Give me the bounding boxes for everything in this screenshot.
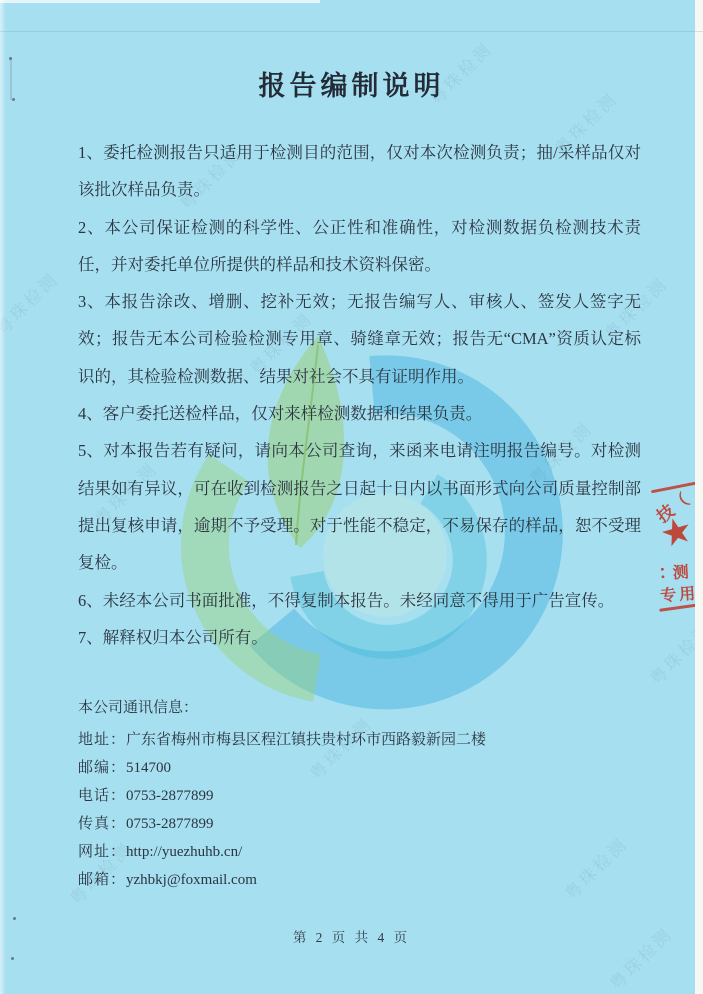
contact-phone-value: 0753-2877899 bbox=[126, 788, 214, 804]
staple-mark bbox=[10, 58, 12, 100]
contact-fax: 传真：0753-2877899 bbox=[78, 810, 641, 838]
instructions-list: 1、委托检测报告只适用于检测目的范围，仅对本次检测负责；抽/采样品仅对该批次样品… bbox=[78, 134, 641, 656]
paper-crease bbox=[0, 31, 703, 32]
contact-website-label: 网址： bbox=[78, 844, 126, 860]
contact-fax-label: 传真： bbox=[78, 816, 126, 832]
staple-dot bbox=[9, 57, 12, 60]
instruction-item-2: 2、本公司保证检测的科学性、公正性和准确性，对检测数据负检测技术责任，并对委托单… bbox=[78, 209, 641, 284]
page-title: 报告编制说明 bbox=[0, 64, 703, 103]
contact-address-value: 广东省梅州市梅县区程江镇扶贵村环市西路毅新园二楼 bbox=[126, 732, 486, 748]
contact-phone: 电话：0753-2877899 bbox=[78, 782, 641, 810]
scan-edge-right bbox=[695, 0, 703, 994]
contact-address-label: 地址： bbox=[78, 732, 126, 748]
contact-email: 邮箱：yzhbkj@foxmail.com bbox=[78, 866, 641, 894]
seal-bottom-text: 专用 bbox=[659, 581, 699, 607]
contact-postcode-label: 邮编： bbox=[78, 760, 126, 776]
contact-email-value: yzhbkj@foxmail.com bbox=[126, 872, 257, 888]
contact-heading: 本公司通讯信息： bbox=[78, 694, 641, 722]
contact-address: 地址：广东省梅州市梅县区程江镇扶贵村环市西路毅新园二楼 bbox=[78, 726, 641, 754]
staple-dot bbox=[12, 98, 15, 101]
contact-postcode-value: 514700 bbox=[126, 760, 171, 776]
scan-edge-left bbox=[0, 0, 6, 994]
contact-phone-label: 电话： bbox=[78, 788, 126, 804]
contact-postcode: 邮编：514700 bbox=[78, 754, 641, 782]
page-number: 第 2 页 共 4 页 bbox=[0, 926, 703, 946]
contact-email-label: 邮箱： bbox=[78, 872, 126, 888]
contact-website: 网址：http://yuezhuhb.cn/ bbox=[78, 838, 641, 866]
red-star-icon: ★ bbox=[658, 513, 694, 552]
staple-dot bbox=[13, 917, 16, 920]
scanned-report-page: 粤珠检测 粤珠检测 粤珠检测 粤珠检测 粤珠检测 粤珠检测 粤珠检测 粤珠检测 … bbox=[0, 0, 703, 994]
instruction-item-4: 4、客户委托送检样品，仅对来样检测数据和结果负责。 bbox=[78, 395, 641, 432]
instruction-item-3: 3、本报告涂改、增删、挖补无效；无报告编写人、审核人、签发人签字无效；报告无本公… bbox=[78, 283, 641, 395]
instruction-item-6: 6、未经本公司书面批准，不得复制本报告。未经同意不得用于广告宣传。 bbox=[78, 582, 641, 619]
contact-website-value: http://yuezhuhb.cn/ bbox=[126, 844, 242, 860]
instruction-item-7: 7、解释权归本公司所有。 bbox=[78, 619, 641, 656]
instruction-item-5: 5、对本报告若有疑问，请向本公司查询，来函来电请注明报告编号。对检测结果如有异议… bbox=[78, 432, 641, 581]
scan-edge-top bbox=[0, 0, 320, 3]
contact-info: 本公司通讯信息： 地址：广东省梅州市梅县区程江镇扶贵村环市西路毅新园二楼 邮编：… bbox=[78, 694, 641, 894]
contact-fax-value: 0753-2877899 bbox=[126, 816, 214, 832]
instruction-item-1: 1、委托检测报告只适用于检测目的范围，仅对本次检测负责；抽/采样品仅对该批次样品… bbox=[78, 134, 641, 209]
staple-dot bbox=[11, 957, 14, 960]
